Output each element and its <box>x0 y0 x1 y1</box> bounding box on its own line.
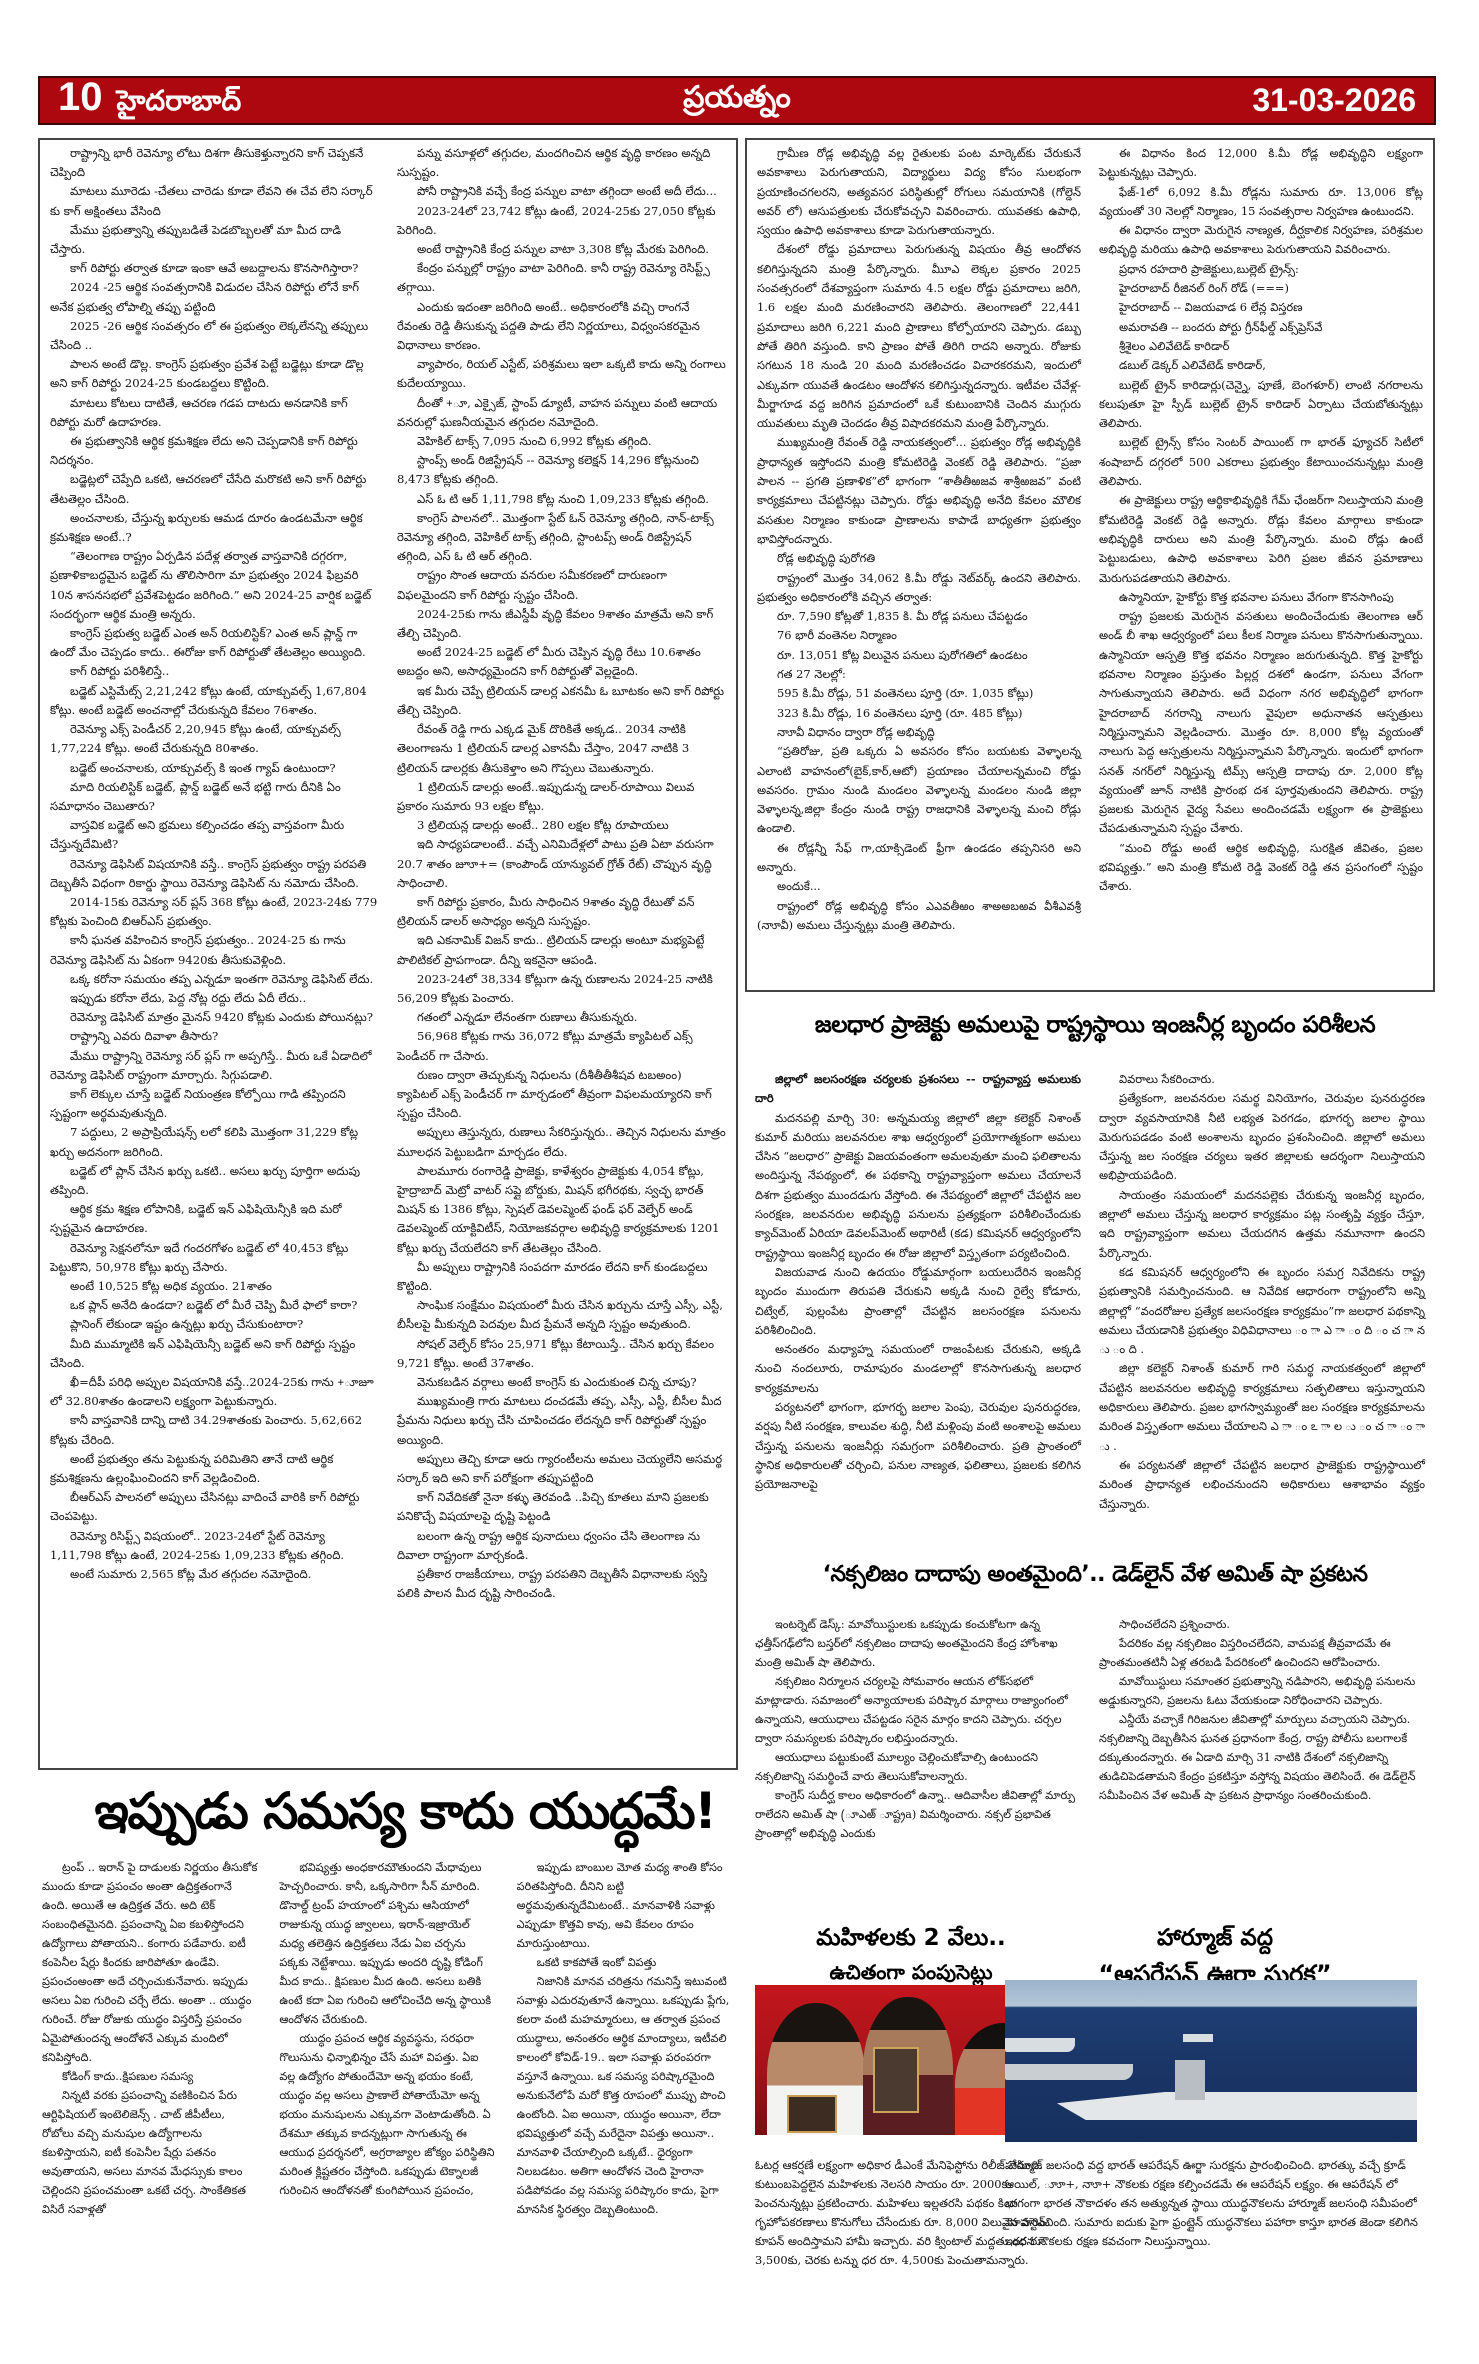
paragraph: ఖీ=దీపీ పరిధి అప్పుల విషయానికి వస్తే..20… <box>50 1373 379 1411</box>
paragraph: నాూవీ విధానం ద్వారా రోడ్ల అభివృద్ధి <box>757 723 1081 742</box>
paragraph: 595 కి.మీ రోడ్లు, 51 వంతెనలు పూర్తి (రూ.… <box>757 684 1081 703</box>
jaladhar-headline: జలధార ప్రాజెక్టు అమలుపై రాష్ట్రస్థాయి ఇం… <box>775 1012 1415 1044</box>
war-column-1: ట్రంప్ .. ఇరాన్ పై దాడులకు నిర్ణయం తీసుక… <box>42 1858 257 2298</box>
paragraph: కేంద్రం పన్నుల్లో రాష్ట్రం వాటా పెరిగింద… <box>397 259 726 297</box>
paragraph: రాష్ట్రంలో మొత్తం 34,062 కి.మీ రోడ్డు నె… <box>757 569 1081 608</box>
paragraph: బీఆర్ఎస్ పాలనలో అప్పులు చేసినట్లు వాదించ… <box>50 1488 379 1526</box>
paragraph: బడ్జెట్లలో చెప్పేది ఒకటి, ఆచరణలో చేసేది … <box>50 470 379 508</box>
paragraph: బడ్జెట్ అంచనాలకు, యాక్చువల్స్ కి ఇంత గ్య… <box>50 759 379 778</box>
war-article: ట్రంప్ .. ఇరాన్ పై దాడులకు నిర్ణయం తీసుక… <box>42 1858 732 2298</box>
cag-column-2: పన్ను వసూళ్లలో తగ్గుదల, మందగించిన ఆర్థిక… <box>397 144 726 1764</box>
paragraph: ఫేజ్-1లో 6,092 కి.మీ రోడ్లను సుమారు రూ. … <box>1099 183 1423 222</box>
paragraph: 1 ట్రిలియన్ డాలర్లు అంటే..ఇప్పుడున్న డాల… <box>397 778 726 816</box>
paragraph: కాగ్ రిపోర్టు తర్వాత కూడా ఇంకా ఆవే అబద్ద… <box>50 259 379 278</box>
paragraph: అంటే రాష్ట్రానికి కేంద్ర పన్నుల వాటా 3,3… <box>397 240 726 259</box>
jaladhar-column-2: వివరాలు సేకరించారు.ప్రత్యేకంగా, జలవనరుల … <box>1099 1070 1425 1530</box>
paragraph: అమరావతి -- బందరు పోర్టు గ్రీన్‌ఫీల్డ్ ఎక… <box>1099 318 1423 337</box>
paragraph: ఇది సాధ్యపడాలంటే.. వచ్చే ఎనిమిదేళ్లలో పా… <box>397 835 726 893</box>
paragraph: బలంగా ఉన్న రాష్ట్ర ఆర్థిక పునాదులు ధ్వంస… <box>397 1527 726 1565</box>
issue-date: 31-03-2026 <box>1252 82 1416 119</box>
paragraph: బుల్లెట్ ట్రైన్ కారిడార్లు(చెన్నై, పూణే,… <box>1099 376 1423 434</box>
paragraph: కానీ ఘనత వహించిన కాంగ్రెస్ ప్రభుత్వం.. 2… <box>50 931 379 969</box>
paragraph: అంటే 10,525 కోట్ల అధిక వ్యయం. 21శాతం <box>50 1277 379 1296</box>
paragraph: మీది ముమ్మాటికి ఇన్ ఎఫిషియెన్సీ బడ్జెట్ … <box>50 1335 379 1373</box>
hormuz-article-body: హార్మూజ్ జలసంధి వద్ద భారత్ ఆపరేషన్ ఊర్జా… <box>1005 2156 1425 2251</box>
war-column-3: ఇప్పుడు బాంబుల మోత మధ్య శాంతి కోసం పరితప… <box>517 1858 732 2298</box>
paragraph: ఇక మీరు చెప్పే ట్రిలియన్ డాలర్ల ఎకనమీ ఓ … <box>397 682 726 720</box>
roads-column-1: గ్రామీణ రోడ్ల అభివృద్ధి వల్ల రైతులకు పంట… <box>757 144 1081 986</box>
paragraph: ఉస్మానియా, హైకోర్టు కొత్త భవనాల పనులు వే… <box>1099 588 1423 607</box>
roads-development-article: గ్రామీణ రోడ్ల అభివృద్ధి వల్ల రైతులకు పంట… <box>745 138 1435 992</box>
paragraph: మాటలు కోటలు దాటితే, ఆచరణ గడప దాటదు అనడాన… <box>50 394 379 432</box>
hormuz-headline-line1: హార్మూజ్ వద్ద <box>1000 1925 1430 1957</box>
paragraph: డబుల్ డెక్కర్ ఎలివేటెడ్ కారిడార్, <box>1099 356 1423 375</box>
paragraph: వెహికిల్ టాక్స్ 7,095 నుంచి 6,992 కోట్లక… <box>397 432 726 451</box>
paragraph: పోనీ రాష్ట్రానికి వచ్చే కేంద్ర పన్నుల వా… <box>397 182 726 201</box>
paragraph: బడ్జెట్ లో ప్లాన్ చేసిన ఖర్చు ఒకటి.. అసల… <box>50 1162 379 1200</box>
paragraph: భవిష్యత్తు అంధకారమౌతుందని మేధావులు హెచ్చ… <box>279 1858 494 2029</box>
paragraph: వాస్తవిక బడ్జెట్ అని భ్రమలు కల్పించడం తప… <box>50 816 379 854</box>
paragraph: రూ. 13,051 కోట్ల విలువైన పనులు పురోగతిలో… <box>757 646 1081 665</box>
paragraph: రేవంత్ రెడ్డి గారు ఎక్కడ మైక్ దొరికితే అ… <box>397 720 726 778</box>
paragraph: ఇప్పుడు బాంబుల మోత మధ్య శాంతి కోసం పరితప… <box>517 1858 732 1953</box>
paragraph: అంచనాలకు, చేస్తున్న ఖర్చులకు ఆమడ దూరం ఉం… <box>50 509 379 547</box>
paragraph: వ్యాపారం, రియల్ ఎస్టేట్, పరిశ్రమలు ఇలా ఒ… <box>397 355 726 393</box>
paragraph: 2024 -25 ఆర్థిక సంవత్సరానికి విడుదల చేసి… <box>50 278 379 316</box>
paragraph: రెవెన్యూ ఎక్స్ పెండీచర్ 2,20,945 కోట్లు … <box>50 720 379 758</box>
naxal-article: ఇంటర్నెట్ డెస్క్: మావోయిస్టులకు ఒకప్పుడు… <box>755 1615 1425 1875</box>
paragraph: ఎందుకు ఇదంతా జరిగింది అంటే.. అధికారంలోకి… <box>397 298 726 356</box>
paragraph: ఒక ప్లాన్ అనేది ఉండదా? బడ్జెట్ లో మీరే చ… <box>50 1296 379 1315</box>
paragraph: అప్పులు తెచ్చి కూడా ఆరు గ్యారంటీలను అమలు… <box>397 1450 726 1488</box>
paragraph: అప్పులు తెస్తున్నరు, రుణాలు సేకరిస్తున్న… <box>397 1123 726 1161</box>
paragraph: శ్రీశైలం ఎలివేటెడ్ కారిడార్ <box>1099 337 1423 356</box>
paragraph: సాంఘిక సంక్షేమం విషయంలో మీరు చేసిన ఖర్చు… <box>397 1296 726 1334</box>
warship-shape <box>1057 2092 1417 2120</box>
manifesto-book <box>873 2047 919 2113</box>
newspaper-name: ప్రయత్నం <box>683 80 791 122</box>
paragraph: రూ. 7,590 కోట్లతో 1,835 కి. మీ రోడ్ల పను… <box>757 607 1081 626</box>
cag-report-article: రాష్ట్రాన్ని భారీ రెవెన్యూ లోటు దిశగా తీ… <box>38 138 738 1770</box>
paragraph: పేదరికం వల్ల నక్సలిజం విస్తరించలేదని, వా… <box>1099 1634 1425 1672</box>
paragraph: నక్సలిజం నిర్మూలన చర్యలపై సోమవారం ఆయన లో… <box>755 1672 1081 1748</box>
warship-mast <box>1175 2060 1205 2100</box>
paragraph: పన్ను వసూళ్లలో తగ్గుదల, మందగించిన ఆర్థిక… <box>397 144 726 182</box>
paragraph: హైదరాబాద్ రీజినల్ రింగ్ రోడ్ (===) <box>1099 279 1423 298</box>
page-masthead: 10 హైదరాబాద్ ప్రయత్నం 31-03-2026 <box>38 76 1436 125</box>
paragraph: ప్రత్యేకంగా, జలవనరుల సమర్థ వినియోగం, చెర… <box>1099 1089 1425 1185</box>
paragraph: ఇంటర్నెట్ డెస్క్: మావోయిస్టులకు ఒకప్పుడు… <box>755 1615 1081 1672</box>
paragraph: రెవెన్యూ రిసిప్ట్స్ విషయంలో.. 2023-24లో … <box>50 1527 379 1565</box>
paragraph: ఒక్క కరోనా సమయం తప్ప ఎన్నడూ ఇంతగా రెవెన్… <box>50 970 379 989</box>
paragraph: కాగ్ రిపోర్టు పరిశీలిస్తే.. <box>50 662 379 681</box>
paragraph: వివరాలు సేకరించారు. <box>1099 1070 1425 1089</box>
paragraph: ఒకటి కాకపోతే ఇంకో విపత్తు <box>517 1953 732 1972</box>
paragraph: మావోయిస్టులు సమాంతర ప్రభుత్వాన్ని నడిపార… <box>1099 1672 1425 1710</box>
paragraph: కాగ్ రిపోర్టు ప్రకారం, మీరు సాధించిన 9శా… <box>397 893 726 931</box>
paragraph: అంటే సుమారు 2,565 కోట్ల మేర తగ్గుదల నమోద… <box>50 1565 379 1584</box>
paragraph: “మంచి రోడ్డు అంటే ఆర్థిక అభివృద్ధి, సురక… <box>1099 839 1423 897</box>
paragraph: జిల్లా కలెక్టర్ నిశాంత్ కుమార్ గారి సమర్… <box>1099 1359 1425 1455</box>
paragraph: పాలన అంటే డొల్ల. కాంగ్రెస్ ప్రభుత్వం ప్ర… <box>50 355 379 393</box>
jaladhar-column-1: జిల్లాలో జలసంరక్షణ చర్యలకు ప్రశంసలు -- ర… <box>755 1070 1081 1530</box>
paragraph: 2024-25కు గాను జీఎస్డీపీ వృద్ధి కేవలం 9శ… <box>397 605 726 643</box>
cag-column-1: రాష్ట్రాన్ని భారీ రెవెన్యూ లోటు దిశగా తీ… <box>50 144 379 1764</box>
paragraph: అందుకే... <box>757 877 1081 896</box>
paragraph: మాది రియలిస్టిక్ బడ్జెట్, ప్లాన్డ్ బడ్జె… <box>50 778 379 816</box>
manifesto-book <box>787 2095 837 2133</box>
paragraph: హైదరాబాద్ -- విజయవాడ 6 లేన్ల విస్తరణ <box>1099 298 1423 317</box>
paragraph: ముఖ్యమంత్రి గారు మాటలు దంచడమే తప్ప, ఎస్స… <box>397 1392 726 1450</box>
paragraph: “ప్రతిరోజు, ప్రతి ఒక్కరు ఏ అవసరం కోసం బయ… <box>757 742 1081 838</box>
paragraph: నిజానికి మానవ చరిత్రను గమనిస్తే ఇటువంటి … <box>517 1972 732 2219</box>
paragraph: కోడింగ్ కాదు..క్షిపణుల సమస్య <box>42 2067 257 2086</box>
paragraph: ఎన్డీయే వచ్చాకే గిరిజనుల జీవితాల్లో మార్… <box>1099 1710 1425 1805</box>
paragraph: రోడ్ల అభివృద్ధి పురోగతి <box>757 549 1081 568</box>
paragraph: యుద్ధం ప్రపంచ ఆర్థిక వ్యవస్థను, సరఫరా గొ… <box>279 2029 494 2200</box>
paragraph: మాటలు మూరెడు -చేతలు చారెడు కూడా లేవని ఈ … <box>50 182 379 220</box>
paragraph: ఇది ఎకనామిక్ విజన్ కాదు.. ట్రిలియన్ డాలర… <box>397 931 726 969</box>
paragraph: 2023-24లో 23,742 కోట్లు ఉంటే, 2024-25కు … <box>397 202 726 240</box>
paragraph: సోషల్ వెల్ఫేర్ కోసం 25,971 కోట్లు కేటాయి… <box>397 1335 726 1373</box>
paragraph: స్టాంప్స్ అండ్ రిజిస్ట్రేషన్ -- రెవెన్యూ… <box>397 451 726 489</box>
paragraph: ప్రధాన రహదారి ప్రాజెక్టులు,బుల్లెట్ ట్రై… <box>1099 260 1423 279</box>
paragraph: “తెలంగాణ రాష్ట్రం ఏర్పడిన పదేళ్ల తర్వాత … <box>50 547 379 624</box>
warship-shape <box>1183 2034 1213 2042</box>
paragraph: మీ అప్పులు రాష్ట్రానికి సంపదగా మారడం లేద… <box>397 1258 726 1296</box>
paragraph: రెవెన్యూ డెఫిసిట్ మాత్రం మైనస్ 9420 కోట్… <box>50 1008 379 1027</box>
paragraph: సాయంత్రం సమయంలో మదనపల్లెకు చేరుకున్న ఇంజ… <box>1099 1186 1425 1263</box>
paragraph: 76 భారీ వంతెనల నిర్మాణం <box>757 626 1081 645</box>
paragraph: ఆర్థిక క్రమ శిక్షణ లోపానికి, బడ్జెట్ ఇన్… <box>50 1200 379 1238</box>
paragraph: ఈ పర్యటనతో జిల్లాలో చేపట్టిన జలధార ప్రాజ… <box>1099 1456 1425 1514</box>
paragraph: ప్లానింగ్ లేకుండా ఇష్టం ఉన్నట్లు ఖర్చు చ… <box>50 1315 379 1334</box>
paragraph: గ్రామీణ రోడ్ల అభివృద్ధి వల్ల రైతులకు పంట… <box>757 144 1081 240</box>
paragraph: ఆయుధాలు పట్టుకుంటే మూల్యం చెల్లించుకోవాల… <box>755 1748 1081 1786</box>
paragraph: రాష్ట్రంలో రోడ్ల అభివృద్ధి కోసం ఎఎవతీఱం … <box>757 897 1081 936</box>
paragraph: 323 కి.మీ రోడ్లు, 16 వంతెనలు పూర్తి (రూ.… <box>757 704 1081 723</box>
paragraph: కాంగ్రెస్ పాలనలో.. మొత్తంగా స్టేట్ ఓన్ ర… <box>397 509 726 567</box>
paragraph: మేము రాష్ట్రాన్ని రెవెన్యూ సర్ ప్లస్ గా … <box>50 1047 379 1085</box>
paragraph: కడ కమిషనర్ ఆధ్వర్యంలోని ఈ బృందం సమగ్ర ని… <box>1099 1263 1425 1359</box>
paragraph: 3 ట్రిలియన్ల డాలర్లు అంటే.. 280 లక్షల కో… <box>397 816 726 835</box>
paragraph: కానీ వాస్తవానికి దాన్ని దాటి 34.29శాతంకు… <box>50 1411 379 1449</box>
paragraph: ప్రతీకార రాజకీయాలు, రాష్ట్ర పరపతిని దెబ్… <box>397 1565 726 1603</box>
paragraph: రాష్ట్రాన్ని ఎవరు దివాళా తీసారు? <box>50 1027 379 1046</box>
paragraph: రాష్ట్ర ప్రజలకు మెరుగైన వసతులు అందించేంద… <box>1099 607 1423 839</box>
paragraph: కాగ్ నివేదికతో నైనా కళ్ళు తెరవండి ..పిచ్… <box>397 1488 726 1526</box>
paragraph: అనంతరం మధ్యాహ్న సమయంలో రాజంపేటకు చేరుకున… <box>755 1340 1081 1398</box>
paragraph: 2014-15కు రెవెన్యూ సర్ ప్లస్ 368 కోట్లు … <box>50 893 379 931</box>
paragraph: రెవెన్యూ సెక్షనలోనూ ఇదే గందరగోళం బడ్జెట్… <box>50 1239 379 1277</box>
paragraph: రాష్ట్రాన్ని భారీ రెవెన్యూ లోటు దిశగా తీ… <box>50 144 379 182</box>
paragraph: గత 27 నెలల్లో: <box>757 665 1081 684</box>
paragraph: ఎస్ ఓ టి ఆర్ 1,11,798 కోట్ల నుంచి 1,09,2… <box>397 490 726 509</box>
paragraph: ముఖ్యమంత్రి రేవంత్ రెడ్డి నాయకత్వంలో... … <box>757 433 1081 549</box>
paragraph: ఈ ప్రాజెక్టులు రాష్ట్ర ఆర్థికాభివృద్ధికి… <box>1099 491 1423 587</box>
naxal-headline: ‘నక్సలిజం దాదాపు అంతమైంది’.. డెడ్‌లైన్ వ… <box>775 1562 1415 1592</box>
paragraph: దీంతో +ూ, ఎక్సైజ్, స్టాంప్ డ్యూటీ, వాహన … <box>397 394 726 432</box>
paragraph: జిల్లాలో జలసంరక్షణ చర్యలకు ప్రశంసలు -- ర… <box>755 1070 1081 1109</box>
paragraph: విజయవాడ నుంచి ఉదయం రోడ్డుమార్గంగా బయలుదే… <box>755 1263 1081 1340</box>
paragraph: 7 పద్దులు, 2 అప్రాప్రియేషన్స్ లలో కలిపి … <box>50 1123 379 1161</box>
paragraph: ఈ ప్రభుత్వానికి ఆర్థిక క్రమశిక్షణ లేదు అ… <box>50 432 379 470</box>
paragraph: గతంలో ఎన్నడూ లేనంతగా రుణాలు తీసుకున్నరు. <box>397 1008 726 1027</box>
naxal-column-1: ఇంటర్నెట్ డెస్క్: మావోయిస్టులకు ఒకప్పుడు… <box>755 1615 1081 1875</box>
paragraph: ట్రంప్ .. ఇరాన్ పై దాడులకు నిర్ణయం తీసుక… <box>42 1858 257 2067</box>
paragraph: మేము ప్రభుత్వాన్ని తప్పుబడితే పెడబొబ్బలత… <box>50 221 379 259</box>
paragraph: అంటే 2024-25 బడ్జెట్ లో మీరు చెప్పిన వృద… <box>397 643 726 681</box>
paragraph: కాగ్ లెక్కుల చూస్తే బడ్జెట్ నియంత్రణ కోల… <box>50 1085 379 1123</box>
warship-shape <box>1005 2038 1075 2052</box>
paragraph: నిన్నటి వరకు ప్రపంచాన్ని వణికించిన పేరు … <box>42 2086 257 2219</box>
paragraph: కాంగ్రెస్ ప్రభుత్వ బడ్జెట్ ఎంత అన్ రియలి… <box>50 624 379 662</box>
paragraph: మదనపల్లి మార్చి 30: అన్నమయ్య జిల్లాలో జి… <box>755 1109 1081 1263</box>
paragraph: బుల్లెట్ ట్రైన్స్ కోసం సెంటర్ పాయింట్ గా… <box>1099 433 1423 491</box>
paragraph: 2025 -26 ఆర్థిక సంవత్సరం లో ఈ ప్రభుత్వం … <box>50 317 379 355</box>
war-headline: ఇప్పుడు సమస్య కాదు యుద్ధమే! <box>75 1782 735 1853</box>
page-number: 10 <box>58 77 103 117</box>
roads-column-2: ఈ విధానం కింద 12,000 కి.మీ రోడ్ల అభివృద్… <box>1099 144 1423 986</box>
paragraph: వెనుకబడిన వర్గాలు అంటే కాంగ్రెస్ కు ఎందు… <box>397 1373 726 1392</box>
paragraph: 56,968 కోట్లకు గాను 36,072 కోట్లు మాత్రమ… <box>397 1027 726 1065</box>
paragraph: అంటే ప్రభుత్వం తను పెట్టుకున్న పరిమితిని… <box>50 1450 379 1488</box>
paragraph: కాంగ్రెస్ సుదీర్ఘ కాలం అధికారంలో ఉన్నా..… <box>755 1786 1081 1843</box>
paragraph: ఇప్పుడు కరోనా లేదు, పెద్ద నోట్ల రద్దు లే… <box>50 989 379 1008</box>
paragraph: ఈ విధానం ద్వారా మెరుగైన నాణ్యత, దీర్ఘకాల… <box>1099 221 1423 260</box>
paragraph: 2023-24లో 38,334 కోట్లుగా ఉన్న రుణాలను 2… <box>397 970 726 1008</box>
naxal-column-2: సాధించలేదని ప్రశ్నించారు.పేదరికం వల్ల నక… <box>1099 1615 1425 1875</box>
jaladhar-article: జిల్లాలో జలసంరక్షణ చర్యలకు ప్రశంసలు -- ర… <box>755 1070 1425 1530</box>
paragraph: పాలమూరు రంగారెడ్డి ప్రాజెక్టు, కాళేశ్వరం… <box>397 1162 726 1258</box>
paragraph: రెవెన్యూ డెఫిసిట్ విషయానికి వస్తే.. కాంగ… <box>50 855 379 893</box>
paragraph: సాధించలేదని ప్రశ్నించారు. <box>1099 1615 1425 1634</box>
masthead-left: 10 హైదరాబాద్ <box>58 77 241 124</box>
paragraph: రుణం ద్వారా తెచ్చుకున్న నిధులను (దీశీతీత… <box>397 1066 726 1124</box>
warship-shape <box>1005 2064 1133 2080</box>
paragraph: రాష్ట్రం సొంత ఆదాయ వనరుల సమీకరణలో దారుణం… <box>397 566 726 604</box>
paragraph: బడ్జెట్ ఎస్టిమేట్స్ 2,21,242 కోట్లు ఉంటే… <box>50 682 379 720</box>
war-column-2: భవిష్యత్తు అంధకారమౌతుందని మేధావులు హెచ్చ… <box>279 1858 494 2298</box>
navy-warships-photo <box>1005 1980 1417 2142</box>
paragraph: ఈ రోడ్లన్నీ సేఫ్ గా,యాక్సిడెంట్ ఫ్రీగా ఉ… <box>757 839 1081 878</box>
paragraph: పర్యటనలో భాగంగా, భూగర్భ జలాల పెంపు, చెరు… <box>755 1398 1081 1494</box>
paragraph: దేశంలో రోడ్డు ప్రమాదాలు పెరుగుతున్న విషయ… <box>757 240 1081 433</box>
edition-city: హైదరాబాద్ <box>117 84 242 124</box>
paragraph: ఈ విధానం కింద 12,000 కి.మీ రోడ్ల అభివృద్… <box>1099 144 1423 183</box>
